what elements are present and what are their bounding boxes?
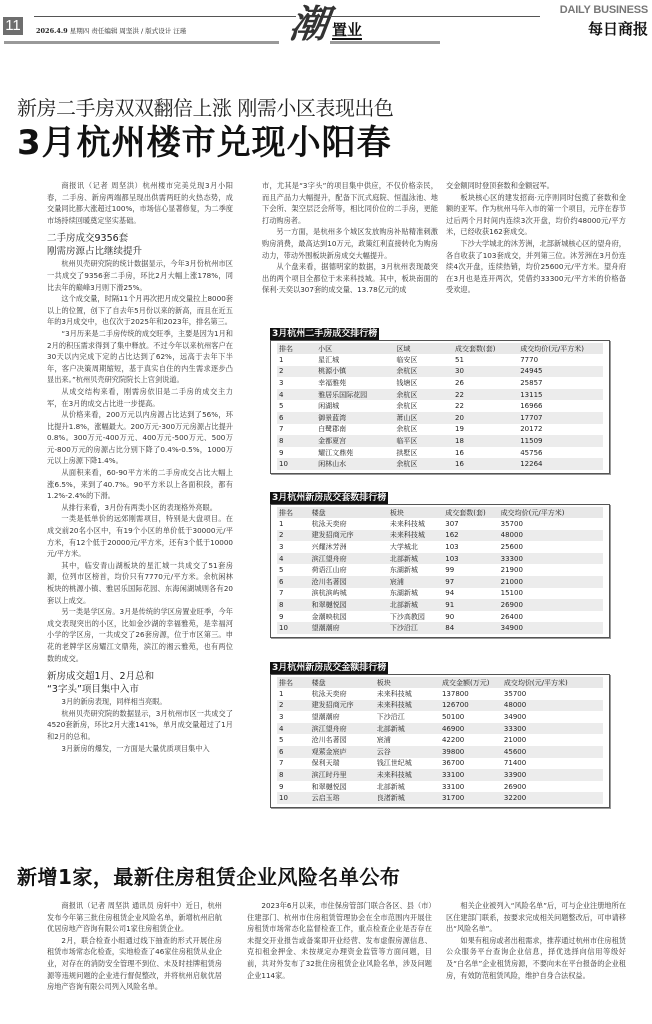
cell: 51 [453,354,518,366]
table-row: 4滨江望舟府北部新城4690033300 [277,723,603,735]
column-header: 排名 [277,677,310,688]
column-header: 楼盘 [310,677,375,688]
paragraph: 另一方面，是杭州多个城区发放购房补贴精准刺激购房消费，最高达到10万元，政策红利… [262,226,438,261]
paragraph: 板块核心区的建发招商·元序则同时包揽了套数和金额的亚军。作为杭州马年入市的第一个… [446,192,626,238]
table-row: 8金都夏宫临平区1811509 [277,435,603,447]
cell: 5 [277,734,310,746]
section-heading: 新房成交超1月、2月总和 [47,670,233,683]
cell: 雅居乐国际花园 [316,389,394,401]
cell: 9 [277,611,310,623]
table-row: 4滨江望舟府北部新城10333300 [277,553,603,565]
section-logo: 潮 [287,3,331,45]
cell: 126700 [440,700,502,712]
cell: 3 [277,541,310,553]
table-row: 1星汇城临安区517770 [277,354,603,366]
cell: 宸浦 [375,734,440,746]
cell: 大学城北 [388,541,443,553]
cell: 和翠樾悦园 [310,599,388,611]
cell: 下沙沿江 [388,622,443,634]
cell: 望潮潮府 [310,622,388,634]
cell: 30 [453,366,518,378]
table-row: 5闲湖城余杭区2216966 [277,400,603,412]
cell: 滨江望舟府 [310,723,375,735]
cell: 21900 [499,564,603,576]
divider [330,16,440,17]
table-row: 8滨江时丹里未来科技城3310033900 [277,769,603,781]
cell: 未来科技城 [375,688,440,700]
column-header: 排名 [277,507,310,518]
weekday: 星期四 [70,27,90,35]
cell: 22 [453,389,518,401]
cell: 云启玉瑢 [310,792,375,804]
cell: 25600 [499,541,603,553]
cell: 下沙高教园 [388,611,443,623]
cell: 84 [443,622,498,634]
paragraph: 3月的新房表现，同样相当亮眼。 [47,696,233,708]
cell: 94 [443,588,498,600]
cell: 杭泳天奕府 [310,688,375,700]
editor-credit: 责任编辑 周坚洪 / 版式设计 汪瑾 [91,27,186,35]
cell: 滨江望舟府 [310,553,388,565]
cell: 滨江时丹里 [310,769,375,781]
cell: 桃源小镇 [316,366,394,378]
cell: 15100 [499,588,603,600]
cell: 观萦金宸庐 [310,746,375,758]
cell: 兴耀沐芳洲 [310,541,388,553]
table-row: 7滨杭滨屿城东湖新城9415100 [277,588,603,600]
cell: 和翠樾悦园 [310,781,375,793]
column-header: 排名 [277,343,316,354]
column-header: 成交套数(套) [453,343,518,354]
cell: 8 [277,599,310,611]
cell: 16 [453,458,518,470]
divider [4,41,279,44]
cell: 6 [277,412,316,424]
cell: 20172 [518,424,603,436]
cell: 北部新城 [388,553,443,565]
cell: 北部新城 [375,781,440,793]
column-header: 板块 [375,677,440,688]
paragraph: 相关企业被列入“风险名单”后，可与企业注册地所在区住建部门联系，按要求完成相关问… [446,900,626,935]
paragraph: 从面积来看，60-90平方米的二手房成交占比大幅上涨6.5%，来到了40.7%。… [47,467,233,502]
table-row: 2建发招商元序未来科技城16248000 [277,530,603,542]
cell: 未来科技城 [388,530,443,542]
cell: 33900 [502,769,603,781]
cell: 35700 [502,688,603,700]
cell: 云谷 [375,746,440,758]
cell: 6 [277,746,310,758]
cell: 50100 [440,711,502,723]
dateline: 2026.4.9 星期四 责任编辑 周坚洪 / 版式设计 汪瑾 [36,26,186,35]
cell: 137800 [440,688,502,700]
table-row: 5沧川名著园宸浦4220021000 [277,734,603,746]
cell: 33300 [502,723,603,735]
cell: 萧山区 [394,412,453,424]
cell: 钱塘区 [394,377,453,389]
cell: 45756 [518,447,603,459]
cell: 4 [277,553,310,565]
new-home-units-ranking-table: 3月杭州新房成交套数排行榜 排名 楼盘 板块 成交套数(套) 成交均价(元/平方… [270,485,610,638]
cell: 7 [277,758,310,770]
masthead: 11 2026.4.9 星期四 责任编辑 周坚洪 / 版式设计 汪瑾 潮 置业 … [0,0,652,50]
cell: 余杭区 [394,389,453,401]
cell: 46900 [440,723,502,735]
table-row: 7保利天瑞钱江世纪城3670071400 [277,758,603,770]
cell: 7 [277,424,316,436]
cell: 未来科技城 [375,769,440,781]
table-row: 2桃源小镇余杭区3024945 [277,366,603,378]
table-row: 9耀江文鼎苑拱墅区1645756 [277,447,603,459]
cell: 3 [277,377,316,389]
cell: 未来科技城 [388,518,443,530]
cell: 21000 [499,576,603,588]
column-header: 成交均价(元/平方米) [518,343,603,354]
cell: 91 [443,599,498,611]
cell: 杭泳天奕府 [310,518,388,530]
cell: 31700 [440,792,502,804]
cell: 东湖新城 [388,564,443,576]
cell: 建发招商元序 [310,700,375,712]
cell: 48000 [499,530,603,542]
cell: 8 [277,435,316,447]
resale-ranking-table: 3月杭州二手房成交排行榜 排名 小区 区域 成交套数(套) 成交均价(元/平方米… [270,321,610,474]
paragraph: 从个盘来看，据德明家的数据，3月杭州表现最突出的两个项目全都位于未来科技城。其中… [262,261,438,296]
cell: 103 [443,553,498,565]
cell: 5 [277,564,310,576]
cell: 34900 [502,711,603,723]
table-row: 2建发招商元序未来科技城12670048000 [277,700,603,712]
article2-column-1: 商报讯（记者 周坚洪 通讯员 房轩中）近日，杭州发布今年第三批住房租赁企业风险名… [47,900,222,993]
cell: 5 [277,400,316,412]
column-header: 板块 [388,507,443,518]
cell: 荷语江山府 [310,564,388,576]
cell: 沧川名著园 [310,734,375,746]
cell: 34900 [499,622,603,634]
cell: 建发招商元序 [310,530,388,542]
table-row: 10云启玉瑢良渚新城3170032200 [277,792,603,804]
cell: 北部新城 [375,723,440,735]
cell: 闲湖城 [316,400,394,412]
table-row: 1杭泳天奕府未来科技城30735700 [277,518,603,530]
table-row: 6观萦金宸庐云谷3980045600 [277,746,603,758]
table-title: 3月杭州新房成交套数排行榜 [270,492,388,504]
cell: 162 [443,530,498,542]
cell: 33300 [499,553,603,565]
table-row: 3兴耀沐芳洲大学城北10325600 [277,541,603,553]
cell: 北部新城 [388,599,443,611]
table-row: 5荷语江山府东湖新城9921900 [277,564,603,576]
paragraph: 另一类是学区房。3月是传统的学区房置业旺季，今年成交表现突出的小区，比如金沙湖的… [47,606,233,664]
cell: 3 [277,711,310,723]
cell: 东湖新城 [388,588,443,600]
cell: 4 [277,723,310,735]
cell: 9 [277,447,316,459]
table-row: 9金潮映杭园下沙高教园9026400 [277,611,603,623]
section-heading: 二手房成交9356套 [47,232,233,245]
cell: 24945 [518,366,603,378]
cell: 7 [277,588,310,600]
paragraph: 2023年6月以来，市住保房管部门联合各区、县（市）住建部门、杭州市住房租赁管理… [247,900,432,981]
cell: 2 [277,530,310,542]
issue-date: 2026.4.9 [36,27,68,35]
paragraph: 这个成交量，时隔11个月再次把月成交量拉上8000套以上的位置，创下了自去年5月… [47,293,233,328]
cell: 9 [277,781,310,793]
cell: 26900 [499,599,603,611]
paragraph: 杭州贝壳研究院的数据显示，3月杭州市区一共成交了4520套新房，环比2月大涨14… [47,708,233,743]
cell: 19 [453,424,518,436]
paragraph: 如果有租房或者出租需求，推荐通过杭州市住房租赁公众服务平台查询企业信息，择优选择… [446,935,626,981]
article-column-2: 市，尤其是“3字头”的项目集中供应，不仅价格亲民，而且产品力大幅提升，配备下沉式… [262,180,438,296]
cell: 35700 [499,518,603,530]
cell: 12264 [518,458,603,470]
cell: 11509 [518,435,603,447]
table-title: 3月杭州新房成交金额排行榜 [270,662,388,674]
paragraph: 3月新房的爆发，一方面是大量优质项目集中入 [47,743,233,755]
article2-column-3: 相关企业被列入“风险名单”后，可与企业注册地所在区住建部门联系，按要求完成相关问… [446,900,626,981]
cell: 7770 [518,354,603,366]
cell: 闲林山水 [316,458,394,470]
brand-chinese: 每日商报 [588,18,648,39]
paragraph: 商报讯（记者 周坚洪 通讯员 房轩中）近日，杭州发布今年第三批住房租赁企业风险名… [47,900,222,935]
cell: 金潮映杭园 [310,611,388,623]
divider [330,41,440,44]
cell: 未来科技城 [375,700,440,712]
table-row: 7白鹭郡南余杭区1920172 [277,424,603,436]
cell: 4 [277,389,316,401]
cell: 1 [277,354,316,366]
cell: 望潮潮府 [310,711,375,723]
paragraph: 下沙大学城北的沐芳洲，北部新城核心区的望舟府，各自收获了103套成交，并列第三位… [446,238,626,296]
cell: 71400 [502,758,603,770]
table-row: 9和翠樾悦园北部新城3310026900 [277,781,603,793]
cell: 沧川名著园 [310,576,388,588]
table-title: 3月杭州二手房成交排行榜 [270,328,379,340]
paragraph: 交金额同时登顶套数和金额冠军。 [446,180,626,192]
paragraph: 商报讯（记者 周坚洪）杭州楼市完美兑现3月小阳春，二手房、新房两端都呈现出供需两… [47,180,233,226]
cell: 32200 [502,792,603,804]
cell: 余杭区 [394,400,453,412]
cell: 20 [453,412,518,424]
article-column-1: 商报讯（记者 周坚洪）杭州楼市完美兑现3月小阳春，二手房、新房两端都呈现出供需两… [47,180,233,754]
cell: 10 [277,458,316,470]
cell: 宸浦 [388,576,443,588]
paragraph: 杭州贝壳研究院的统计数据显示，今年3月份杭州市区一共成交了9356套二手房，环比… [47,258,233,293]
section-heading: “3字头”项目集中入市 [47,683,233,696]
section-name: 置业 [332,22,362,40]
paragraph: 从成交结构来看，刚需房依旧是二手房的成交主力军，在3月的成交占比进一步提高。 [47,386,233,409]
table-row: 1杭泳天奕府未来科技城13780035700 [277,688,603,700]
story-headline: 3月杭州楼市兑现小阳春 [17,115,392,164]
brand-english: DAILY BUSINESS [560,4,648,16]
table-row: 3望潮潮府下沙沿江5010034900 [277,711,603,723]
cell: 103 [443,541,498,553]
column-header: 区域 [394,343,453,354]
divider [440,16,540,17]
cell: 18 [453,435,518,447]
cell: 39800 [440,746,502,758]
cell: 御景蓝湾 [316,412,394,424]
column-header: 楼盘 [310,507,388,518]
cell: 耀江文鼎苑 [316,447,394,459]
cell: 99 [443,564,498,576]
table-row: 10闲林山水余杭区1612264 [277,458,603,470]
cell: 33100 [440,769,502,781]
cell: 26900 [502,781,603,793]
cell: 良渚新城 [375,792,440,804]
table-row: 8和翠樾悦园北部新城9126900 [277,599,603,611]
cell: 42200 [440,734,502,746]
cell: 16966 [518,400,603,412]
article-column-3: 交金额同时登顶套数和金额冠军。 板块核心区的建发招商·元序则同时包揽了套数和金额… [446,180,626,296]
cell: 钱江世纪城 [375,758,440,770]
table-row: 4雅居乐国际花园余杭区2213115 [277,389,603,401]
paragraph: 其中，临安青山湖板块的星汇城一共成交了51套房源，位列市区榜首，均价只有7770… [47,560,233,606]
column-header: 成交套数(套) [443,507,498,518]
cell: 10 [277,792,310,804]
cell: 下沙沿江 [375,711,440,723]
cell: 6 [277,576,310,588]
cell: 97 [443,576,498,588]
cell: 8 [277,769,310,781]
cell: 拱墅区 [394,447,453,459]
cell: 36700 [440,758,502,770]
table-row: 10望潮潮府下沙沿江8434900 [277,622,603,634]
cell: 45600 [502,746,603,758]
article2-column-2: 2023年6月以来，市住保房管部门联合各区、县（市）住建部门、杭州市住房租赁管理… [247,900,432,981]
paragraph: “3月历来是二手房传统的成交旺季，主要是因为1月和2月的积压需求得到了集中释放。… [47,328,233,386]
cell: 307 [443,518,498,530]
cell: 1 [277,518,310,530]
cell: 10 [277,622,310,634]
cell: 星汇城 [316,354,394,366]
cell: 滨杭滨屿城 [310,588,388,600]
cell: 2 [277,700,310,712]
column-header: 成交金额(万元) [440,677,502,688]
cell: 白鹭郡南 [316,424,394,436]
table-row: 3幸福雅苑钱塘区2625857 [277,377,603,389]
page-number: 11 [3,17,23,35]
cell: 2 [277,366,316,378]
cell: 余杭区 [394,366,453,378]
cell: 临安区 [394,354,453,366]
divider [34,16,296,17]
cell: 17707 [518,412,603,424]
column-header: 成交均价(元/平方米) [502,677,603,688]
table-row: 6沧川名著园宸浦9721000 [277,576,603,588]
cell: 22 [453,400,518,412]
cell: 48000 [502,700,603,712]
cell: 26400 [499,611,603,623]
paragraph: 一类是低单价的远郊刚需项目，特别是大盘项目。在成交前20名小区中，有19个小区的… [47,513,233,559]
cell: 16 [453,447,518,459]
new-home-value-ranking-table: 3月杭州新房成交金额排行榜 排名 楼盘 板块 成交金额(万元) 成交均价(元/平… [270,655,610,808]
cell: 26 [453,377,518,389]
story-headline-2: 新增1家，最新住房租赁企业风险名单公布 [17,861,400,890]
cell: 21000 [502,734,603,746]
column-header: 成交均价(元/平方米) [499,507,603,518]
paragraph: 从排行来看，3月份有两类小区的表现格外亮眼。 [47,502,233,514]
table-row: 6御景蓝湾萧山区2017707 [277,412,603,424]
section-heading: 刚需房源占比继续提升 [47,245,233,258]
cell: 余杭区 [394,424,453,436]
cell: 保利天瑞 [310,758,375,770]
cell: 临平区 [394,435,453,447]
cell: 90 [443,611,498,623]
paragraph: 从价格来看，200万元以内房源占比达到了56%，环比提升1.8%，涨幅最大。20… [47,409,233,467]
cell: 25857 [518,377,603,389]
cell: 幸福雅苑 [316,377,394,389]
cell: 13115 [518,389,603,401]
column-header: 小区 [316,343,394,354]
paragraph: 2月，联合检查小组通过线下抽查的形式开展住房租赁市场常态化检查，实地检查了46家… [47,935,222,993]
cell: 33100 [440,781,502,793]
cell: 余杭区 [394,458,453,470]
cell: 1 [277,688,310,700]
paragraph: 市，尤其是“3字头”的项目集中供应，不仅价格亲民，而且产品力大幅提升，配备下沉式… [262,180,438,226]
cell: 金都夏宫 [316,435,394,447]
